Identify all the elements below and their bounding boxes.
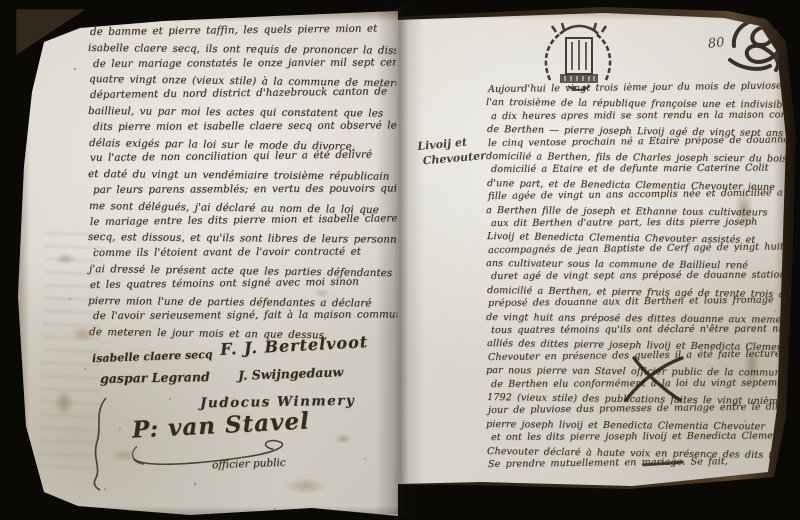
stain <box>54 390 74 416</box>
manuscript-line: de bamme et pierre taffin, les quels pie… <box>90 22 400 42</box>
margin-brace-icon <box>90 396 112 492</box>
manuscript-line: comme ils l'étoient avant de l'avoir con… <box>93 246 400 263</box>
left-page: de bamme et pierre taffin, les quels pie… <box>14 8 398 518</box>
manuscript-line: accompagnés de jean Baptiste de Cerf agé… <box>488 241 786 258</box>
left-page-text: de bamme et pierre taffin, les quels pie… <box>88 26 400 342</box>
manuscript-line: de leur mariage constatés le onze janvie… <box>93 56 400 73</box>
manuscript-line: département du nord district d'hazebrouc… <box>90 85 400 105</box>
manuscript-line: et ont les dits pierre joseph livoij et … <box>491 431 786 446</box>
manuscript-scan: de bamme et pierre taffin, les quels pie… <box>0 0 800 520</box>
manuscript-line: préposé des douanne aux dit Berthen et l… <box>488 295 786 312</box>
manuscript-line: de l'avoir serieusement signé, fait à la… <box>93 309 400 326</box>
manuscript-line: Se prendre mutuellement en mariage. Se f… <box>488 455 786 472</box>
stain <box>334 434 352 444</box>
manuscript-line: vu l'acte de non conciliation qui leur a… <box>90 149 400 169</box>
manuscript-line: le cinq ventose prochain né a Etaire pré… <box>488 134 786 151</box>
margin-note: Livoij et Chevouter <box>417 133 487 169</box>
manuscript-line: Aujourd'hui le vingt trois ième jour du … <box>488 80 786 97</box>
right-page: 80 Livoij et Chevouter Aujourd'hui le vi… <box>394 10 792 496</box>
manuscript-line: tous quatres témoins qu'ils ont déclaré … <box>491 323 786 338</box>
foxing-specks <box>734 250 736 252</box>
right-page-text: Aujourd'hui le vingt trois ième jour du … <box>486 84 786 472</box>
manuscript-line: duret agé de vingt sept ans préposé de d… <box>491 270 786 285</box>
manuscript-line: fille agée de vingt un ans accomplis née… <box>488 187 786 204</box>
manuscript-line: a dix heures apres midi se sont rendu en… <box>491 109 786 124</box>
stain <box>54 253 76 265</box>
signature-witness-3: gaspar Legrand <box>100 369 210 386</box>
manuscript-line: par leurs parens assemblés; en vertu des… <box>93 182 400 199</box>
manuscript-line: domicilié a Etaire et de defunte marie C… <box>491 163 786 178</box>
manuscript-line: le mariage entre les dits pierre mion et… <box>90 212 400 232</box>
foxing-specks <box>74 68 76 70</box>
manuscript-line: et les quatres témoins ont signé avec mo… <box>90 275 400 295</box>
manuscript-line: aux dit Berthen d'autre part, les dits p… <box>491 216 786 231</box>
officer-title: officier public <box>212 457 286 472</box>
ink-cross-mark-icon <box>622 354 686 406</box>
signature-officer: P: van Stavel <box>131 407 310 443</box>
stain <box>284 478 328 494</box>
signature-witness-1: isabelle claere secq <box>92 348 213 365</box>
manuscript-line: dits pierre mion et isabelle claere secq… <box>93 119 400 136</box>
page-number: 80 <box>707 35 725 52</box>
signature-witness-4: J. Swijngedauw <box>238 364 344 383</box>
